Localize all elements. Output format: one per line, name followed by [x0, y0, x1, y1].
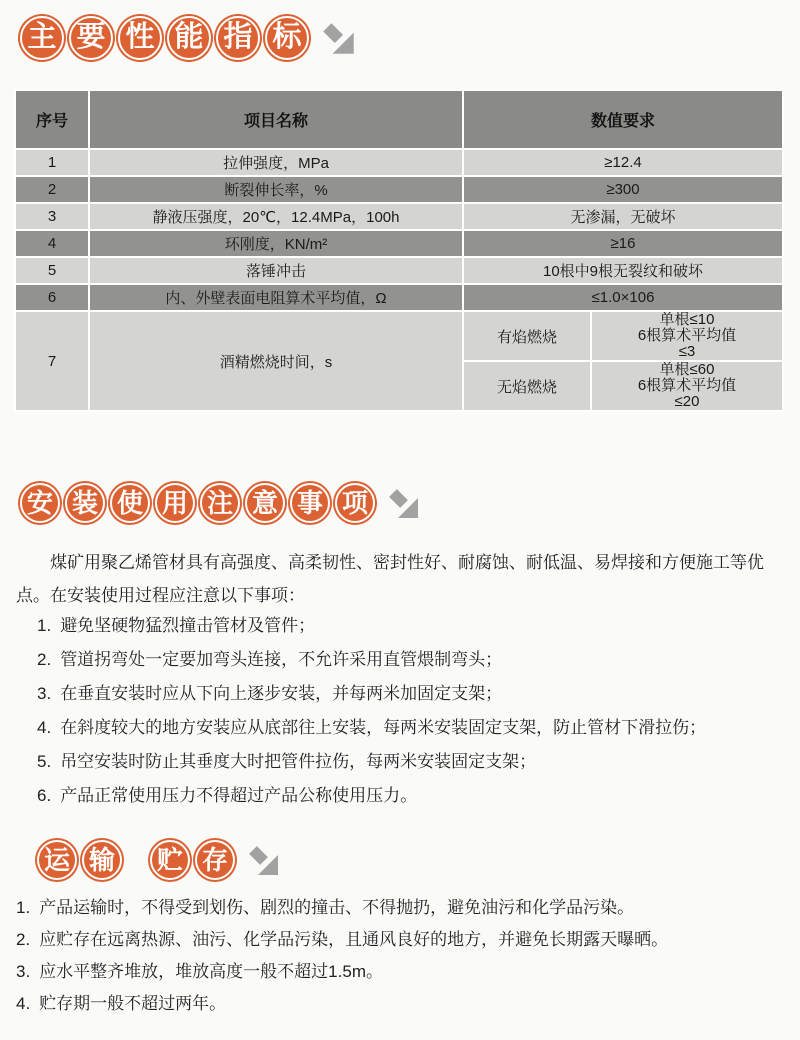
list-item: 3.应水平整齐堆放，堆放高度一般不超过1.5m。 — [16, 962, 668, 982]
title-char-badge: 意 — [245, 483, 285, 523]
item-text: 避免坚硬物猛烈撞击管材及管件； — [60, 616, 315, 635]
sub-value-line: 6根算术平均值 — [596, 328, 778, 344]
install-title-badges: 安 装 使 用 注 意 事 项 — [20, 483, 375, 523]
cell-item-name: 静液压强度，20℃，12.4MPa，100h — [90, 204, 462, 229]
title-char-badge: 能 — [167, 16, 211, 60]
item-text: 吊空安装时防止其垂度大时把管件拉伤，每两米安装固定支架； — [60, 752, 536, 771]
table-row: 3 静液压强度，20℃，12.4MPa，100h 无渗漏，无破坏 — [16, 204, 782, 229]
sub-value-line: 6根算术平均值 — [596, 378, 778, 394]
title-char-badge: 运 — [37, 840, 77, 880]
title-char: 装 — [72, 490, 98, 516]
cell-sub-value-flameless: 单根≤60 6根算术平均值 ≤20 — [592, 362, 782, 410]
title-char-badge: 贮 — [150, 840, 190, 880]
cell-no: 7 — [16, 312, 88, 410]
title-char: 项 — [342, 490, 368, 516]
item-text: 产品正常使用压力不得超过产品公称使用压力。 — [60, 786, 417, 805]
title-char: 指 — [223, 23, 252, 52]
install-list: 1.避免坚硬物猛烈撞击管材及管件； 2.管道拐弯处一定要加弯头连接，不允许采用直… — [37, 616, 706, 806]
title-char: 标 — [272, 23, 301, 52]
performance-section-title: 主 要 性 能 指 标 — [20, 11, 359, 64]
title-char-badge: 注 — [200, 483, 240, 523]
sub-value-line: ≤3 — [596, 344, 778, 360]
document-page: 主 要 性 能 指 标 序号 项目名称 数值要求 1 拉伸强度，MPa ≥12.… — [0, 0, 800, 1040]
transport-section-title: 运 输 贮 存 — [37, 834, 283, 885]
item-number: 4. — [16, 994, 30, 1014]
title-char: 性 — [125, 23, 154, 52]
title-char-badge: 输 — [82, 840, 122, 880]
item-number: 2. — [37, 650, 51, 670]
performance-table: 序号 项目名称 数值要求 1 拉伸强度，MPa ≥12.4 2 断裂伸长率，% … — [14, 89, 784, 412]
sub-value-line: ≤20 — [596, 394, 778, 410]
cell-no: 4 — [16, 231, 88, 256]
item-text: 应水平整齐堆放，堆放高度一般不超过1.5m。 — [39, 962, 383, 981]
cell-item-name: 酒精燃烧时间，s — [90, 312, 462, 410]
cell-sub-value-flame: 单根≤10 6根算术平均值 ≤3 — [592, 312, 782, 360]
item-text: 应贮存在远离热源、油污、化学品污染，且通风良好的地方，并避免长期露天曝晒。 — [39, 930, 668, 949]
item-number: 2. — [16, 930, 30, 950]
table-row: 2 断裂伸长率，% ≥300 — [16, 177, 782, 202]
item-text: 产品运输时，不得受到划伤、剧烈的撞击、不得抛扔，避免油污和化学品污染。 — [39, 898, 634, 917]
table-row-7a: 7 酒精燃烧时间，s 有焰燃烧 单根≤10 6根算术平均值 ≤3 — [16, 312, 782, 360]
list-item: 1.产品运输时，不得受到划伤、剧烈的撞击、不得抛扔，避免油污和化学品污染。 — [16, 898, 668, 918]
title-char: 运 — [44, 847, 70, 873]
title-char-badge: 主 — [20, 16, 64, 60]
list-item: 3.在垂直安装时应从下向上逐步安装，并每两米加固定支架； — [37, 684, 706, 704]
table-row: 5 落锤冲击 10根中9根无裂纹和破坏 — [16, 258, 782, 283]
title-char: 能 — [174, 23, 203, 52]
title-char: 要 — [76, 23, 105, 52]
down-right-arrow-icon — [247, 844, 283, 885]
transport-title-badges: 运 输 贮 存 — [37, 840, 235, 880]
item-number: 1. — [37, 616, 51, 636]
cell-value: ≥300 — [464, 177, 782, 202]
table-row: 6 内、外壁表面电阻算术平均值，Ω ≤1.0×106 — [16, 285, 782, 310]
item-number: 1. — [16, 898, 30, 918]
cell-item-name: 环刚度，KN/m² — [90, 231, 462, 256]
title-char: 主 — [27, 23, 56, 52]
header-item-name: 项目名称 — [90, 91, 462, 148]
list-item: 4.在斜度较大的地方安装应从底部往上安装，每两米安装固定支架，防止管材下滑拉伤； — [37, 718, 706, 738]
title-char-badge: 事 — [290, 483, 330, 523]
cell-sub-label-flame: 有焰燃烧 — [464, 312, 590, 360]
cell-value: ≤1.0×106 — [464, 285, 782, 310]
title-char: 注 — [207, 490, 233, 516]
title-char: 用 — [162, 490, 188, 516]
title-char-badge: 安 — [20, 483, 60, 523]
cell-no: 2 — [16, 177, 88, 202]
list-item: 4.贮存期一般不超过两年。 — [16, 994, 668, 1014]
table-row: 4 环刚度，KN/m² ≥16 — [16, 231, 782, 256]
title-char-badge: 项 — [335, 483, 375, 523]
table-row: 1 拉伸强度，MPa ≥12.4 — [16, 150, 782, 175]
title-char: 存 — [202, 847, 228, 873]
cell-value: 10根中9根无裂纹和破坏 — [464, 258, 782, 283]
cell-item-name: 落锤冲击 — [90, 258, 462, 283]
transport-list: 1.产品运输时，不得受到划伤、剧烈的撞击、不得抛扔，避免油污和化学品污染。 2.… — [16, 898, 668, 1014]
title-char-badge: 性 — [118, 16, 162, 60]
item-number: 6. — [37, 786, 51, 806]
install-intro-paragraph: 煤矿用聚乙烯管材具有高强度、高柔韧性、密封性好、耐腐蚀、耐低温、易焊接和方便施工… — [16, 546, 786, 612]
cell-item-name: 拉伸强度，MPa — [90, 150, 462, 175]
performance-title-badges: 主 要 性 能 指 标 — [20, 16, 309, 60]
cell-item-name: 断裂伸长率，% — [90, 177, 462, 202]
sub-value-line: 单根≤60 — [596, 362, 778, 378]
table-header-row: 序号 项目名称 数值要求 — [16, 91, 782, 148]
item-number: 3. — [16, 962, 30, 982]
header-value-requirement: 数值要求 — [464, 91, 782, 148]
item-text: 在斜度较大的地方安装应从底部往上安装，每两米安装固定支架，防止管材下滑拉伤； — [60, 718, 706, 737]
title-char-badge: 存 — [195, 840, 235, 880]
title-char-badge: 要 — [69, 16, 113, 60]
list-item: 2.管道拐弯处一定要加弯头连接，不允许采用直管煨制弯头； — [37, 650, 706, 670]
title-char-badge: 使 — [110, 483, 150, 523]
title-char-badge: 装 — [65, 483, 105, 523]
cell-item-name: 内、外壁表面电阻算术平均值，Ω — [90, 285, 462, 310]
title-char-badge: 指 — [216, 16, 260, 60]
cell-value: ≥16 — [464, 231, 782, 256]
list-item: 2.应贮存在远离热源、油污、化学品污染，且通风良好的地方，并避免长期露天曝晒。 — [16, 930, 668, 950]
sub-value-line: 单根≤10 — [596, 312, 778, 328]
item-number: 4. — [37, 718, 51, 738]
title-word-gap — [127, 840, 145, 880]
title-char-badge: 标 — [265, 16, 309, 60]
title-char: 使 — [117, 490, 143, 516]
header-no: 序号 — [16, 91, 88, 148]
title-char-badge: 用 — [155, 483, 195, 523]
item-text: 管道拐弯处一定要加弯头连接，不允许采用直管煨制弯头； — [60, 650, 502, 669]
item-text: 贮存期一般不超过两年。 — [39, 994, 226, 1013]
install-section-title: 安 装 使 用 注 意 事 项 — [20, 477, 423, 528]
title-char: 输 — [89, 847, 115, 873]
cell-no: 5 — [16, 258, 88, 283]
title-char: 事 — [297, 490, 323, 516]
cell-no: 6 — [16, 285, 88, 310]
item-text: 在垂直安装时应从下向上逐步安装，并每两米加固定支架； — [60, 684, 502, 703]
list-item: 6.产品正常使用压力不得超过产品公称使用压力。 — [37, 786, 706, 806]
list-item: 5.吊空安装时防止其垂度大时把管件拉伤，每两米安装固定支架； — [37, 752, 706, 772]
cell-no: 1 — [16, 150, 88, 175]
cell-value: ≥12.4 — [464, 150, 782, 175]
item-number: 3. — [37, 684, 51, 704]
title-char: 贮 — [157, 847, 183, 873]
title-char: 意 — [252, 490, 278, 516]
cell-value: 无渗漏，无破坏 — [464, 204, 782, 229]
list-item: 1.避免坚硬物猛烈撞击管材及管件； — [37, 616, 706, 636]
title-char: 安 — [27, 490, 53, 516]
down-right-arrow-icon — [321, 21, 359, 64]
cell-no: 3 — [16, 204, 88, 229]
item-number: 5. — [37, 752, 51, 772]
down-right-arrow-icon — [387, 487, 423, 528]
cell-sub-label-flameless: 无焰燃烧 — [464, 362, 590, 410]
